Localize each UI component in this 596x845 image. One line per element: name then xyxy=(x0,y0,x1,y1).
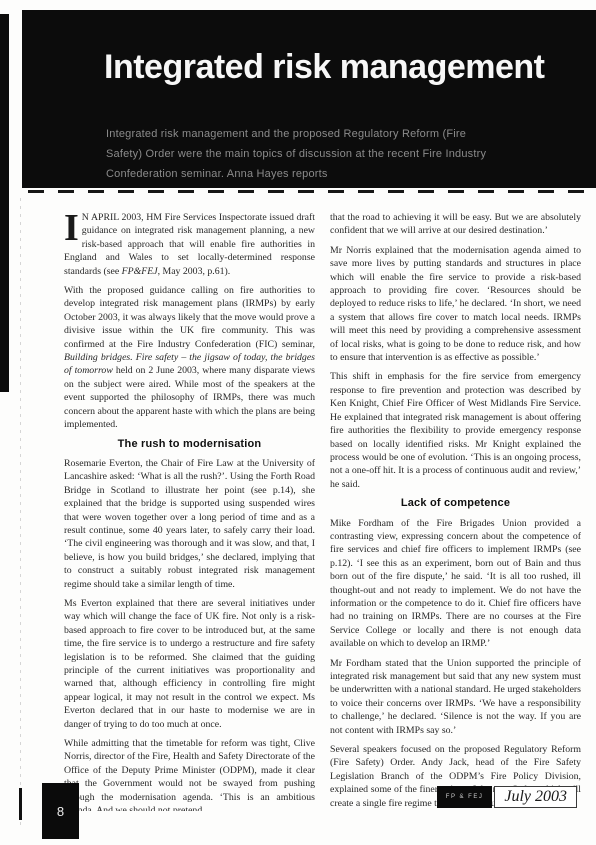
standfirst: Integrated risk management and the propo… xyxy=(106,124,486,184)
paragraph: that the road to achieving it will be ea… xyxy=(330,211,581,238)
section-heading-rush-to-modernisation: The rush to modernisation xyxy=(64,438,315,451)
standfirst-line: Integrated risk management and the propo… xyxy=(106,124,486,144)
standfirst-line: Confederation seminar. Anna Hayes report… xyxy=(106,164,486,184)
article-header: Integrated risk management Integrated ri… xyxy=(22,10,596,188)
journal-reference: FP&FEJ xyxy=(122,266,158,277)
standfirst-line: Safety) Order were the main topics of di… xyxy=(106,144,486,164)
footer-brand-label: FP & FEJ xyxy=(446,794,484,800)
article-title: Integrated risk management xyxy=(104,48,544,87)
footer-date-box: July 2003 xyxy=(494,786,577,808)
footer: FP & FEJ July 2003 xyxy=(437,786,577,808)
right-column: that the road to achieving it will be ea… xyxy=(330,211,581,811)
page-edge-tick xyxy=(19,788,22,820)
page-number-box: 8 xyxy=(42,783,79,839)
drop-cap: I xyxy=(64,211,82,243)
paragraph: Mr Norris explained that the modernisati… xyxy=(330,244,581,365)
paragraph: This shift in emphasis for the fire serv… xyxy=(330,370,581,491)
section-heading-lack-of-competence: Lack of competence xyxy=(330,497,581,510)
left-edge-bar xyxy=(0,14,9,392)
paragraph-text: , May 2003, p.61). xyxy=(158,266,231,277)
left-column: IN APRIL 2003, HM Fire Services Inspecto… xyxy=(64,211,315,811)
scan-fold-line xyxy=(20,198,21,828)
paragraph: Mike Fordham of the Fire Brigades Union … xyxy=(330,517,581,651)
footer-date-label: July 2003 xyxy=(504,788,567,806)
paragraph: With the proposed guidance calling on fi… xyxy=(64,284,315,431)
paragraph-text: With the proposed guidance calling on fi… xyxy=(64,285,315,350)
paragraph: IN APRIL 2003, HM Fire Services Inspecto… xyxy=(64,211,315,278)
footer-brand-box: FP & FEJ xyxy=(437,786,493,808)
paragraph: Mr Fordham stated that the Union support… xyxy=(330,657,581,737)
paragraph: Ms Everton explained that there are seve… xyxy=(64,597,315,731)
article-body: IN APRIL 2003, HM Fire Services Inspecto… xyxy=(64,211,581,811)
page-number: 8 xyxy=(57,804,64,819)
magazine-page: Integrated risk management Integrated ri… xyxy=(0,0,596,845)
paragraph: While admitting that the timetable for r… xyxy=(64,737,315,811)
paragraph: Rosemarie Everton, the Chair of Fire Law… xyxy=(64,457,315,591)
